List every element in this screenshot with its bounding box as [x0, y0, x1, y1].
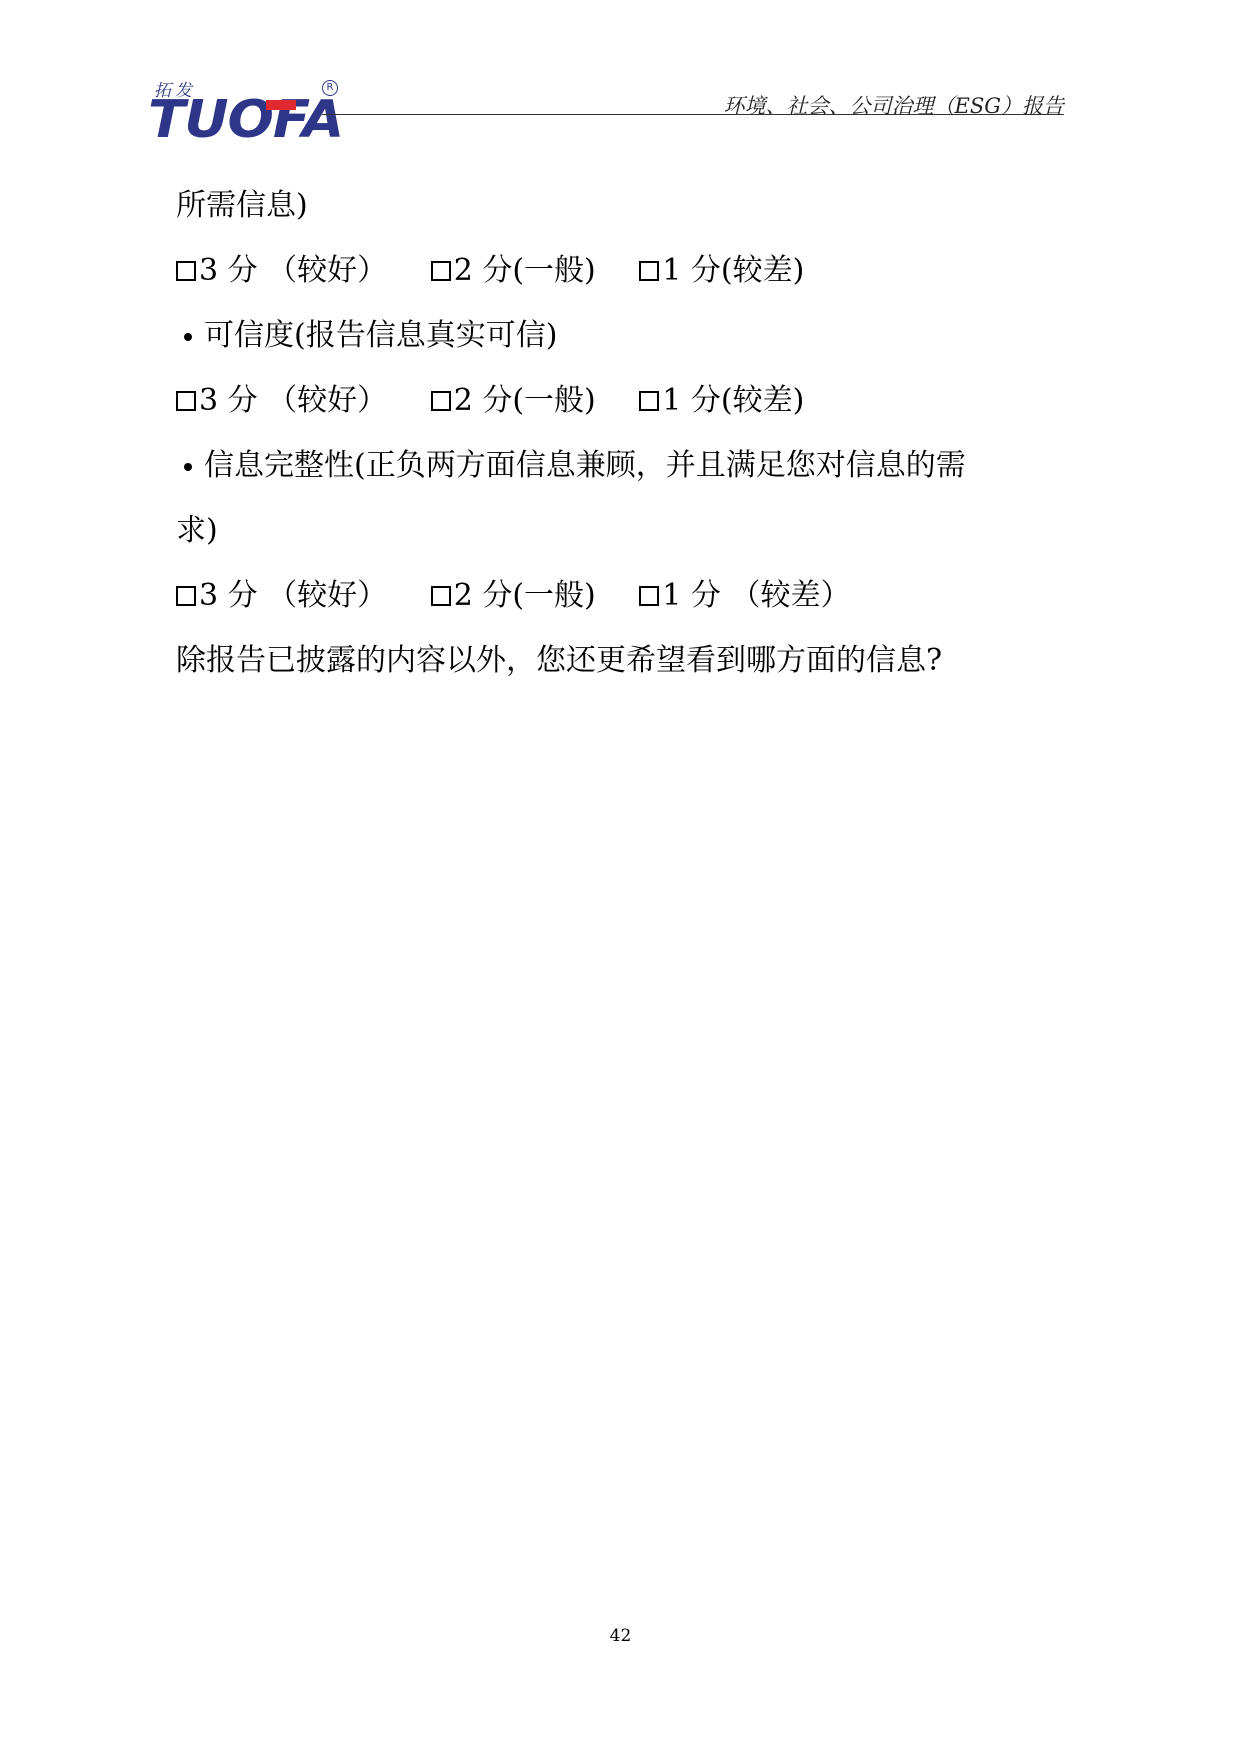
- open-question-line: 除报告已披露的内容以外，您还更希望看到哪方面的信息?: [176, 639, 1076, 704]
- text-line: 所需信息): [176, 184, 1076, 249]
- rating-option-1[interactable]: 1 分 （较差）: [639, 574, 850, 618]
- bullet-icon: [184, 463, 192, 471]
- checkbox-icon[interactable]: [176, 261, 196, 281]
- option-label: 2 分(一般): [454, 253, 596, 288]
- rating-option-2[interactable]: 2 分(一般): [431, 379, 596, 423]
- page-number: 42: [0, 1626, 1241, 1646]
- rating-option-2[interactable]: 2 分(一般): [431, 574, 596, 618]
- rating-option-3[interactable]: 3 分 （较好）: [176, 574, 387, 618]
- option-label: 3 分 （较好）: [199, 383, 387, 418]
- option-label: 1 分(较差): [662, 383, 804, 418]
- checkbox-icon[interactable]: [431, 391, 451, 411]
- checkbox-icon[interactable]: [639, 586, 659, 606]
- option-label: 3 分 （较好）: [199, 253, 387, 288]
- option-label: 1 分 （较差）: [662, 578, 850, 613]
- rating-option-3[interactable]: 3 分 （较好）: [176, 379, 387, 423]
- checkbox-icon[interactable]: [176, 391, 196, 411]
- option-label: 1 分(较差): [662, 253, 804, 288]
- report-title: 环境、社会、公司治理（ESG）报告: [724, 90, 1065, 120]
- checkbox-icon[interactable]: [639, 391, 659, 411]
- text: 所需信息): [176, 188, 308, 223]
- checkbox-icon[interactable]: [431, 261, 451, 281]
- option-label: 2 分(一般): [454, 578, 596, 613]
- bullet-line-credibility: 可信度(报告信息真实可信): [176, 314, 1076, 379]
- rating-option-3[interactable]: 3 分 （较好）: [176, 249, 387, 293]
- question-text: 可信度(报告信息真实可信): [204, 318, 557, 353]
- checkbox-icon[interactable]: [639, 261, 659, 281]
- rating-option-1[interactable]: 1 分(较差): [639, 249, 804, 293]
- logo-red-accent: [266, 100, 296, 110]
- logo-wordmark: TUOFA: [148, 94, 343, 146]
- option-label: 2 分(一般): [454, 383, 596, 418]
- rating-options-row: 3 分 （较好） 2 分(一般) 1 分(较差): [176, 379, 1076, 444]
- option-label: 3 分 （较好）: [199, 578, 387, 613]
- registered-trademark-icon: R: [322, 80, 338, 96]
- question-text: 除报告已披露的内容以外，您还更希望看到哪方面的信息?: [176, 643, 942, 678]
- rating-option-2[interactable]: 2 分(一般): [431, 249, 596, 293]
- page-header: 拓发 TUOFA R 环境、社会、公司治理（ESG）报告: [0, 0, 1241, 150]
- bullet-line-completeness: 信息完整性(正负两方面信息兼顾，并且满足您对信息的需: [176, 444, 1076, 509]
- bullet-icon: [184, 333, 192, 341]
- survey-content: 所需信息) 3 分 （较好） 2 分(一般) 1 分(较差) 可信度(报告信息真…: [176, 184, 1076, 704]
- tuofa-logo: 拓发 TUOFA: [148, 76, 328, 144]
- rating-options-row: 3 分 （较好） 2 分(一般) 1 分(较差): [176, 249, 1076, 314]
- checkbox-icon[interactable]: [431, 586, 451, 606]
- question-text: 信息完整性(正负两方面信息兼顾，并且满足您对信息的需: [204, 448, 966, 483]
- rating-option-1[interactable]: 1 分(较差): [639, 379, 804, 423]
- text-line: 求): [176, 509, 1076, 574]
- text: 求): [176, 513, 218, 548]
- checkbox-icon[interactable]: [176, 586, 196, 606]
- rating-options-row: 3 分 （较好） 2 分(一般) 1 分 （较差）: [176, 574, 1076, 639]
